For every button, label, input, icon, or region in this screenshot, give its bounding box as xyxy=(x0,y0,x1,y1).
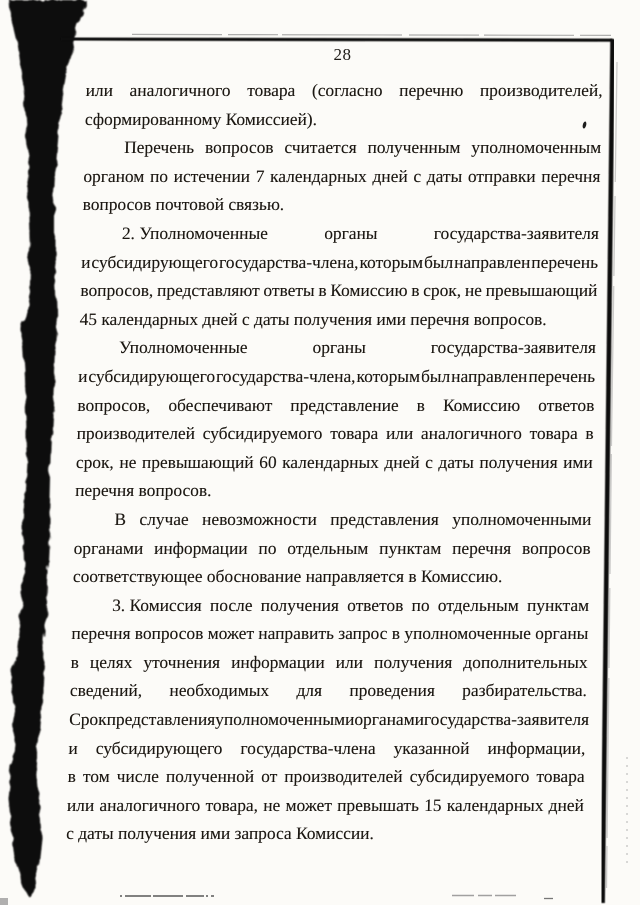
text-line: перечня вопросов. xyxy=(75,476,593,505)
text-line: срок,непревышающий60календарныхднейсдаты… xyxy=(76,448,594,477)
frame-line-top xyxy=(61,39,613,40)
text-line: исубсидирующегогосударства-членауказанно… xyxy=(68,734,586,763)
text-line: органомпоистечении7календарныхднейсдатыо… xyxy=(83,162,601,191)
bottom-left-speck xyxy=(0,898,8,905)
frame-line-top-echo xyxy=(132,34,611,35)
text-line: Уполномоченныеорганыгосударства-заявител… xyxy=(79,333,597,362)
text-line: 2. Уполномоченныеорганыгосударства-заяви… xyxy=(82,219,600,248)
text-line: соответствующее обоснование направляется… xyxy=(73,562,591,591)
text-line: сведений,необходимыхдляпроведенияразбира… xyxy=(70,676,588,705)
text-line: органамиинформациипоотдельнымпунктампере… xyxy=(73,534,591,563)
text-line: исубсидирующегогосударства-члена,которым… xyxy=(78,362,596,391)
text-line: вцеляхуточненияинформацииилиполучениядоп… xyxy=(70,648,588,677)
text-line: Срокпредставленияуполномоченнымиорганами… xyxy=(69,705,587,734)
text-line: перечнявопросовможетнаправитьзапросвупол… xyxy=(71,619,589,648)
text-line: Вслучаеневозможностипредставленияуполном… xyxy=(74,505,592,534)
text-line: вопросов,обеспечиваютпредставлениевКомис… xyxy=(77,391,595,420)
text-line: 3. Комиссияпослеполученияответовпоотдель… xyxy=(72,591,590,620)
text-line: Переченьвопросовсчитаетсяполученнымуполн… xyxy=(84,133,602,162)
text-line: илианалогичноготовара(согласноперечнюпро… xyxy=(85,76,603,105)
text-line: 45 календарных дней с даты получения ими… xyxy=(79,305,597,334)
text-line: вопросов,представляютответывКомиссиювсро… xyxy=(80,276,598,305)
document-text-block: илианалогичноготовара(согласноперечнюпро… xyxy=(66,76,603,848)
text-line: втомчислеполученнойотпроизводителейсубси… xyxy=(67,762,585,791)
text-line: илианалогичноготовара,неможетпревышать15… xyxy=(67,791,585,820)
text-line: сформированному Комиссией). xyxy=(85,105,603,134)
scanned-document-page: 28 илианалогичноготовара(согласноперечню… xyxy=(0,0,640,905)
text-line: с даты получения ими запроса Комиссии. xyxy=(66,819,584,848)
text-line: производителейсубсидируемоготовараилиана… xyxy=(76,419,594,448)
text-line: вопросов почтовой связью. xyxy=(82,190,600,219)
page-number: 28 xyxy=(84,45,601,65)
text-line: исубсидирующегогосударства-члена,которым… xyxy=(81,248,599,277)
